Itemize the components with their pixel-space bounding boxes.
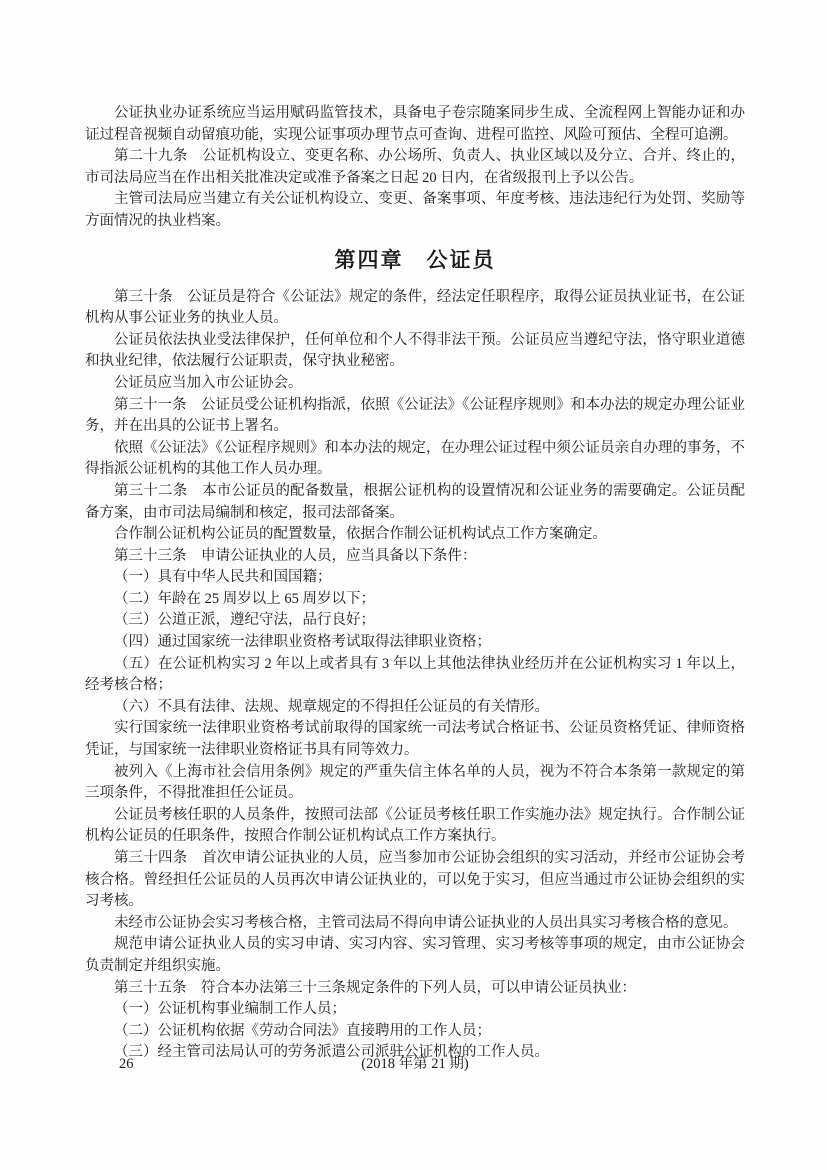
paragraph: 第三十四条 首次申请公证执业的人员，应当参加市公证协会组织的实习活动，并经市公证… (85, 848, 745, 913)
paragraph: 未经市公证协会实习考核合格，主管司法局不得向申请公证执业的人员出具实习考核合格的… (85, 913, 745, 935)
paragraph: 主管司法局应当建立有关公证机构设立、变更、备案事项、年度考核、违法违纪行为处罚、… (85, 189, 745, 232)
paragraph: 被列入《上海市社会信用条例》规定的严重失信主体名单的人员，视为不符合本条第一款规… (85, 762, 745, 805)
page-number: 26 (119, 1054, 134, 1076)
list-item: （二）公证机构依据《劳动合同法》直接聘用的工作人员； (85, 1021, 745, 1043)
page-footer: 26 (2018 年第 21 期) (85, 1054, 745, 1076)
list-item: （三）公道正派，遵纪守法，品行良好； (85, 610, 745, 632)
paragraph: 第三十二条 本市公证员的配备数量，根据公证机构的设置情况和公证业务的需要确定。公… (85, 481, 745, 524)
list-item: （六）不具有法律、法规、规章规定的不得担任公证员的有关情形。 (85, 697, 745, 719)
paragraph: 公证员考核任职的人员条件，按照司法部《公证员考核任职工作实施办法》规定执行。合作… (85, 805, 745, 848)
list-item: （五）在公证机构实习 2 年以上或者具有 3 年以上其他法律执业经历并在公证机构… (85, 654, 745, 697)
chapter-heading: 第四章 公证员 (85, 245, 745, 275)
paragraph: 公证员应当加入市公证协会。 (85, 373, 745, 395)
paragraph: 第三十一条 公证员受公证机构指派，依照《公证法》《公证程序规则》和本办法的规定办… (85, 395, 745, 438)
list-item: （二）年龄在 25 周岁以上 65 周岁以下； (85, 589, 745, 611)
paragraph: 依照《公证法》《公证程序规则》和本办法的规定，在办理公证过程中须公证员亲自办理的… (85, 438, 745, 481)
paragraph: 公证执业办证系统应当运用赋码监管技术，具备电子卷宗随案同步生成、全流程网上智能办… (85, 103, 745, 146)
issue-label: (2018 年第 21 期) (85, 1054, 745, 1076)
paragraph: 第三十条 公证员是符合《公证法》规定的条件，经法定任职程序，取得公证员执业证书，… (85, 287, 745, 330)
document-body: 公证执业办证系统应当运用赋码监管技术，具备电子卷宗随案同步生成、全流程网上智能办… (85, 103, 745, 1064)
list-item: （四）通过国家统一法律职业资格考试取得法律职业资格； (85, 632, 745, 654)
paragraph: 第二十九条 公证机构设立、变更名称、办公场所、负责人、执业区域以及分立、合并、终… (85, 146, 745, 189)
paragraph: 公证员依法执业受法律保护，任何单位和个人不得非法干预。公证员应当遵纪守法，恪守职… (85, 330, 745, 373)
paragraph: 第三十三条 申请公证执业的人员，应当具备以下条件： (85, 546, 745, 568)
paragraph: 实行国家统一法律职业资格考试前取得的国家统一司法考试合格证书、公证员资格凭证、律… (85, 718, 745, 761)
list-item: （一）公证机构事业编制工作人员； (85, 999, 745, 1021)
paragraph: 规范申请公证执业人员的实习申请、实习内容、实习管理、实习考核等事项的规定，由市公… (85, 934, 745, 977)
list-item: （一）具有中华人民共和国国籍； (85, 567, 745, 589)
paragraph: 合作制公证机构公证员的配置数量，依据合作制公证机构试点工作方案确定。 (85, 524, 745, 546)
document-page: 公证执业办证系统应当运用赋码监管技术，具备电子卷宗随案同步生成、全流程网上智能办… (0, 0, 827, 1170)
paragraph: 第三十五条 符合本办法第三十三条规定条件的下列人员，可以申请公证员执业： (85, 978, 745, 1000)
